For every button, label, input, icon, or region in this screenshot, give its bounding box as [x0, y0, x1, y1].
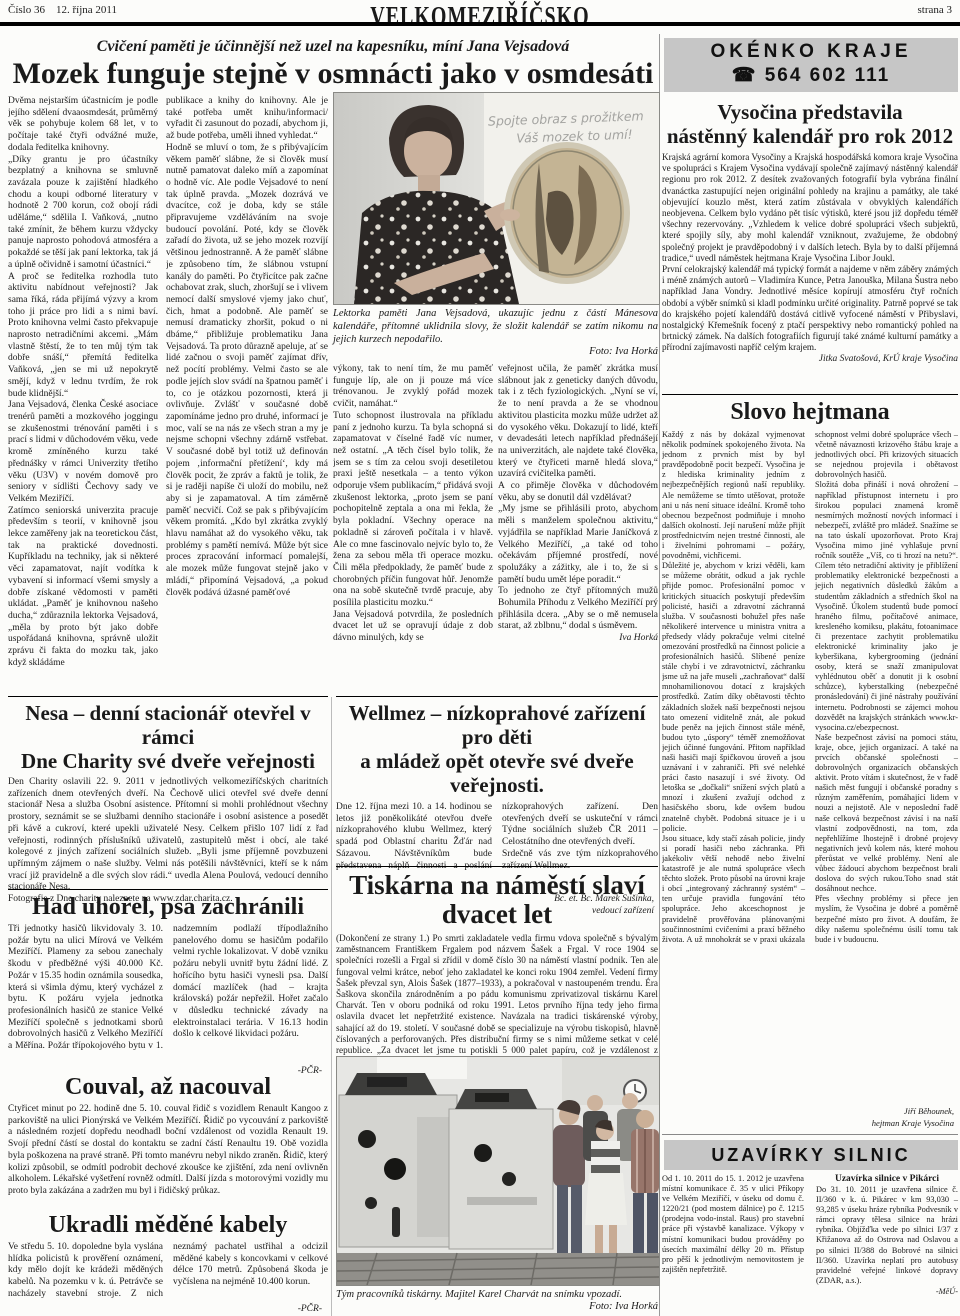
tiskarna-headline: Tiskárna na náměstí slaví dvacet let [336, 871, 658, 929]
white-skirt [585, 1173, 627, 1225]
article-column-4-wrap: veřejnost učila, že paměť zkrátka musí s… [498, 364, 658, 692]
rule-above-uzavirky [662, 1134, 958, 1135]
middle-divider [331, 697, 332, 1316]
kabely-headline: Ukradli měděné kabely [8, 1212, 328, 1238]
nesa-section: Nesa – denní stacionář otevřel v rámci D… [8, 701, 328, 906]
slovo-section: Slovo hejtmana Každý z nás by dokázal vy… [662, 399, 958, 1129]
had-section: Had uhořel, psa zachránili Tři jednotky … [8, 894, 328, 1078]
photo-credit: Foto: Iva Horká [333, 346, 658, 357]
kabely-section: Ukradli měděné kabely Ve středu 5. 10. d… [8, 1212, 328, 1316]
rule-above-slovo [662, 394, 958, 395]
header-rule [0, 22, 960, 26]
nesa-headline: Nesa – denní stacionář otevřel v rámci D… [8, 701, 328, 773]
okenko-phone: 564 602 111 [765, 65, 891, 86]
uzavirky-col1: Od 1. 10. 2011 do 15. 1. 2012 je uzavřen… [662, 1174, 804, 1316]
uzavirky-sign: -MěÚ- [816, 1286, 958, 1298]
tiskarna-body: (Dokončení ze strany 1.) Po smrti zaklad… [336, 933, 658, 1069]
article-headline: Mozek funguje stejně v osmnácti jako v o… [8, 58, 658, 90]
rule-above-wellmez [336, 696, 658, 697]
rule-above-had [8, 889, 328, 890]
kabely-sign: -PČR- [8, 1304, 328, 1316]
uzavirky-col2: Do 31. 10. 2011 je uzavřena silnice č. I… [816, 1185, 958, 1286]
article-column-3: výkony, tak to není tím, že mu paměť fun… [333, 364, 493, 692]
okenko-phone-line: ☎ 564 602 111 [664, 64, 958, 88]
masthead: VELKOMEZIŘÍČSKO [370, 2, 589, 33]
vysocina-body: Krajská agrární komora Vysočiny a Krajsk… [662, 152, 958, 354]
printing-machine-1 [339, 1073, 457, 1247]
wellmez-headline: Wellmez – nízkoprahové zařízení pro děti… [336, 701, 658, 797]
vysocina-sign: Jitka Svatošová, KrÚ kraje Vysočina [662, 354, 958, 366]
couval-headline: Couval, až nacouval [8, 1074, 328, 1100]
hand [500, 209, 520, 221]
article-column-2: publikace a knihy do knihovny. Ale je ta… [166, 96, 328, 694]
press-photo-caption: Tým pracovníků tiskárny. Majitel Karel C… [336, 1288, 622, 1301]
vysocina-section: Vysočina představila nástěnný kalendář p… [662, 100, 958, 365]
vysocina-headline: Vysočina představila nástěnný kalendář p… [662, 100, 958, 148]
photo-caption: Lektorka paměti Jana Vejsadová, ukazujíc… [333, 307, 658, 346]
press-photo-credit: Foto: Iva Horká [589, 1301, 658, 1312]
press-photo-art [337, 1057, 659, 1285]
couval-body: Čtyřicet minut po 22. hodině dne 5. 10. … [8, 1104, 328, 1198]
newspaper-page: Číslo 36 12. října 2011 VELKOMEZIŘÍČSKO … [0, 0, 960, 1316]
lecture-photo-caption-block: Lektorka paměti Jana Vejsadová, ukazujíc… [333, 307, 658, 357]
kabely-body: Ve středu 5. 10. dopoledne byla vyslána … [8, 1242, 328, 1304]
article-column-4: veřejnost učila, že paměť zkrátka musí s… [498, 364, 658, 633]
okenko-box: OKÉNKO KRAJE ☎ 564 602 111 [664, 38, 958, 92]
printing-machine-2 [449, 1089, 553, 1249]
lecture-photo: Spojte obraz s prožitkem Váš mozek to um… [333, 92, 660, 305]
slovo-sign: Jiří Běhounek, hejtman Kraje Vysočina [662, 1106, 958, 1129]
had-headline: Had uhořel, psa zachránili [8, 894, 328, 920]
phone-icon: ☎ [732, 65, 758, 86]
couval-section: Couval, až nacouval Čtyřicet minut po 22… [8, 1074, 328, 1198]
article-column-1: Dvěma nejstarším účastnicím je podle jej… [8, 96, 158, 694]
article-kicker: Cvičení paměti je účinnější než uzel na … [8, 38, 658, 56]
uzavirky-title: UZAVÍRKY SILNIC [664, 1142, 958, 1168]
uzavirky-col2-wrap: Uzavírka silnice v Pikárci Do 31. 10. 20… [816, 1174, 958, 1316]
article-byline: Iva Horká [498, 633, 658, 645]
slovo-headline: Slovo hejtmana [662, 399, 958, 425]
press-photo-caption-block: Tým pracovníků tiskárny. Majitel Karel C… [336, 1288, 658, 1312]
okenko-title: OKÉNKO KRAJE [664, 40, 958, 64]
page-number: strana 3 [917, 4, 952, 16]
uzavirky-subhead: Uzavírka silnice v Pikárci [816, 1174, 958, 1185]
rule-above-tiskarna [336, 866, 658, 867]
lecture-photo-art: Spojte obraz s prožitkem Váš mozek to um… [334, 93, 659, 304]
uzavirky-banner: UZAVÍRKY SILNIC [664, 1140, 958, 1170]
nesa-body: Den Charity oslavili 22. 9. 2011 v jedno… [8, 777, 328, 906]
had-body: Tři jednotky hasičů likvidovaly 3. 10. p… [8, 924, 328, 1066]
rule-above-nesa [8, 696, 328, 697]
press-photo [336, 1056, 660, 1286]
slovo-body: Každý z nás by dokázal vyjmenovat několi… [662, 430, 958, 1106]
